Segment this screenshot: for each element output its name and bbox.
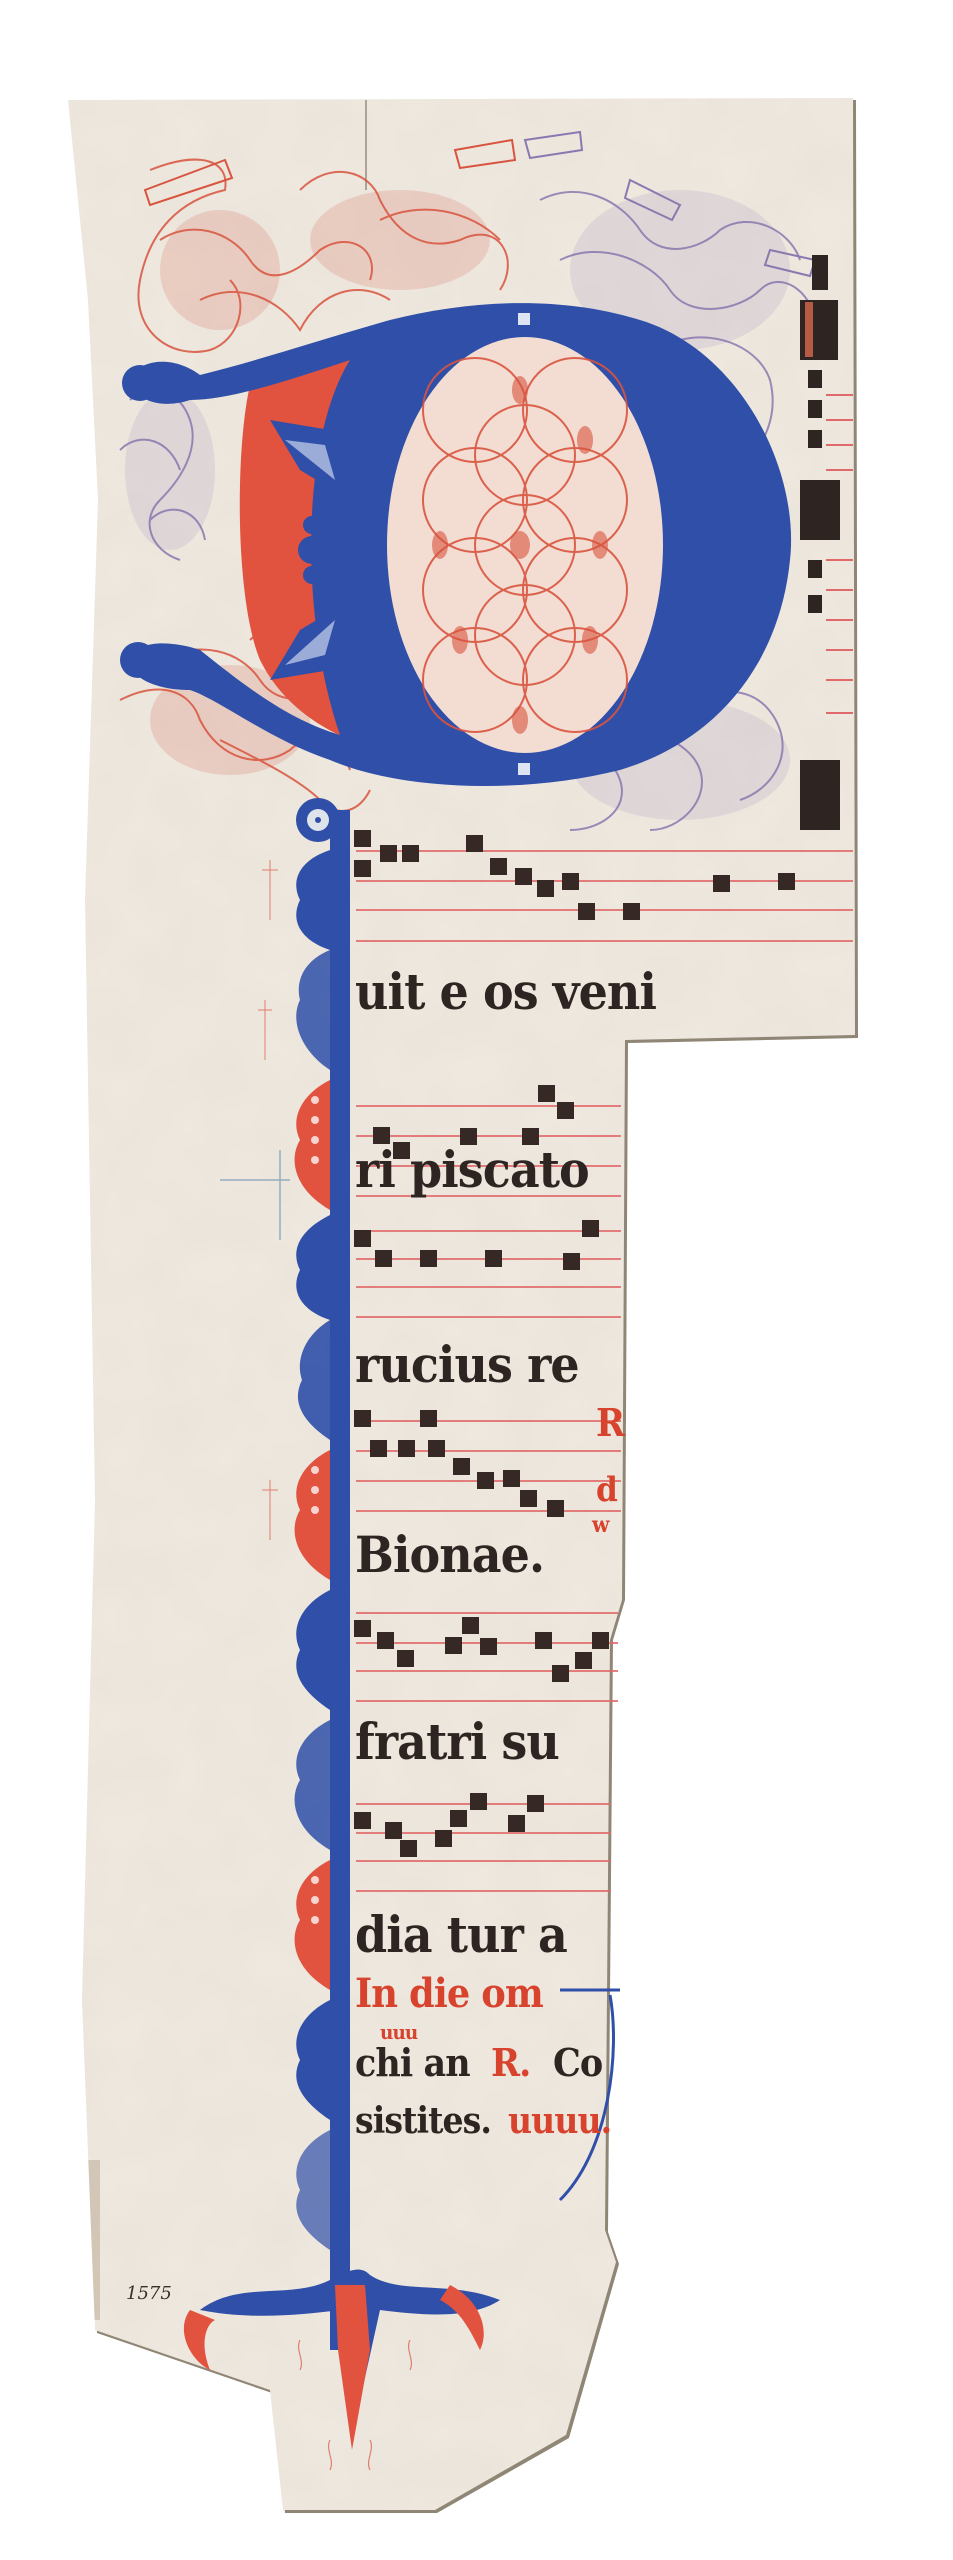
rubric-line-2-end: Co bbox=[553, 2040, 602, 2085]
side-rubric-w: w bbox=[592, 1512, 609, 1538]
text-line-2: ri piscato bbox=[355, 1140, 589, 1199]
manuscript-fragment bbox=[0, 0, 953, 2560]
rubric-line-3: sistites. uuuu. bbox=[355, 2100, 620, 2142]
text-line-1: uit e os veni bbox=[355, 962, 656, 1021]
margin-folio-number: 1575 bbox=[126, 2283, 172, 2304]
text-line-5: fratri su bbox=[355, 1712, 559, 1771]
text-line-3: rucius re bbox=[355, 1335, 579, 1394]
rubric-line-3-black: sistites. bbox=[355, 2100, 491, 2142]
side-rubric-r: R bbox=[596, 1400, 624, 1445]
rubric-line-3-red: uuuu. bbox=[508, 2100, 611, 2142]
side-rubric-d: d bbox=[596, 1470, 617, 1510]
rubric-line-2-red: R. bbox=[491, 2040, 530, 2085]
text-line-4: Bionae. bbox=[355, 1525, 544, 1584]
rubric-line-2-black: chi an bbox=[355, 2040, 470, 2085]
rubric-in-die: In die om bbox=[355, 1970, 543, 2017]
text-line-6: dia tur a bbox=[355, 1905, 567, 1964]
rubric-line-2: chi an R. Co bbox=[355, 2040, 606, 2085]
